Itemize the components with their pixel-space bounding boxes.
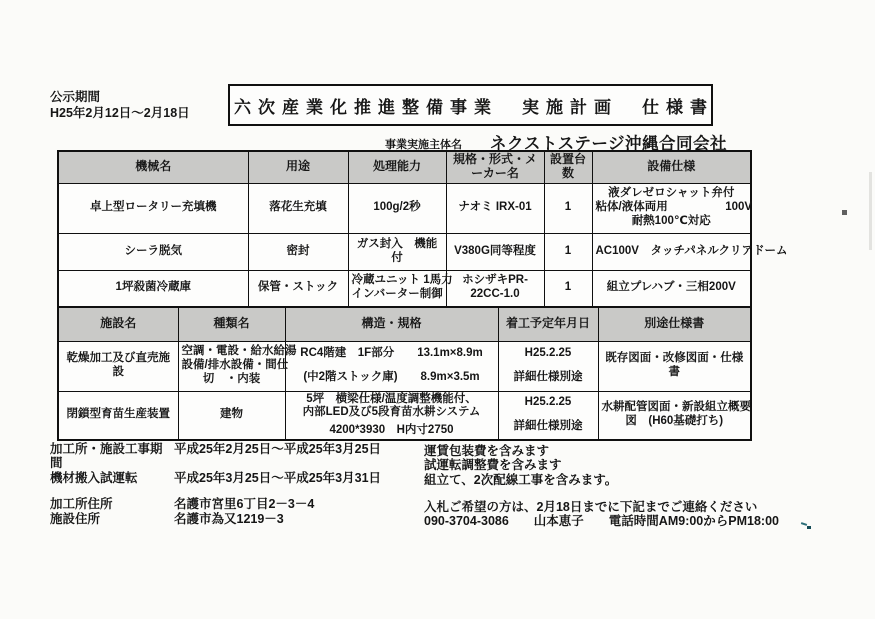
bid-contact-note: 入札ご希望の方は、2月18日までに下記までご連絡ください [424, 501, 779, 514]
start-date-cell: H25.2.25 詳細仕様別途 [498, 341, 598, 391]
table-row: 乾燥加工及び直売施設 空調・電設・給水給湯 設備/排水設備・間仕 切 ・内装 R… [58, 341, 751, 391]
separate-spec-cell: 既存図面・改修図面・仕様書 [598, 341, 751, 391]
equip-spec-line: 粘体/液体両用 100V [596, 201, 748, 215]
footer-row: 加工所住所 名護市宮里6丁目2－3－4 [50, 498, 381, 512]
separate-spec-cell: 水耕配管図面・新設組立概要 図 (H60基礎打ち) [598, 391, 751, 440]
capacity-line: インバーター制御 [352, 288, 443, 302]
column-header-facility-name: 施設名 [58, 307, 178, 341]
capacity-line: 冷蔵ユニット 1馬力 [352, 274, 443, 288]
column-header-start-date: 着工予定年月日 [498, 307, 598, 341]
facility-address-value: 名護市為又1219－3 [174, 513, 284, 527]
machines-table: 機械名 用途 処理能力 規格・形式・メーカー名 設置台数 設備仕様 卓上型ロータ… [57, 150, 752, 308]
cost-note: 組立て、2次配線工事を含みます。 [424, 474, 779, 487]
page-title: 六次産業化推進整備事業 実施計画 仕様書 [227, 93, 714, 118]
footer-row: 施設住所 名護市為又1219－3 [50, 513, 381, 527]
trial-run-label: 機材搬入試運転 [50, 472, 174, 486]
table-row: シーラ脱気 密封 ガス封入 機能付 V380G同等程度 1 AC100V タッチ… [58, 233, 751, 270]
factory-address-label: 加工所住所 [50, 498, 174, 512]
kind-line: 設備/排水設備・間仕 [182, 359, 282, 373]
contact-phone-line: 090-3704-3086 山本恵子 電話時間AM9:00からPM18:00 [424, 515, 779, 528]
equip-spec-line: 液ダレゼロシャット弁付 [596, 187, 748, 201]
use-cell: 落花生充填 [248, 183, 348, 233]
facilities-table: 施設名 種類名 構造・規格 着工予定年月日 別途仕様書 乾燥加工及び直売施設 空… [57, 306, 752, 441]
footer-row: 機材搬入試運転 平成25年3月25日～平成25年3月31日 [50, 472, 381, 486]
kind-line: 切 ・内装 [182, 373, 282, 387]
title-box: 六次産業化推進整備事業 実施計画 仕様書 [228, 84, 713, 126]
machine-name-cell: 卓上型ロータリー充填機 [58, 183, 248, 233]
equip-spec-line: 耐熱100℃対応 [596, 215, 748, 229]
table-row: 1坪殺菌冷蔵庫 保管・ストック 冷蔵ユニット 1馬力 インバーター制御 ホシザキ… [58, 270, 751, 307]
equip-spec-cell: 組立プレハブ・三相200V [592, 270, 751, 307]
separate-spec-line: 水耕配管図面・新設組立概要 [602, 401, 748, 415]
notice-period-value: H25年2月12日～2月18日 [50, 105, 190, 121]
facilities-header-row: 施設名 種類名 構造・規格 着工予定年月日 別途仕様書 [58, 307, 751, 341]
table-row: 卓上型ロータリー充填機 落花生充填 100g/2秒 ナオミ IRX-01 1 液… [58, 183, 751, 233]
spec-maker-cell: ナオミ IRX-01 [446, 183, 544, 233]
machines-header-row: 機械名 用途 処理能力 規格・形式・メーカー名 設置台数 設備仕様 [58, 151, 751, 183]
use-cell: 密封 [248, 233, 348, 270]
capacity-cell: 100g/2秒 [348, 183, 446, 233]
table-row: 閉鎖型育苗生産装置 建物 5坪 横梁仕様/温度調整機能付、 内部LED及び5段育… [58, 391, 751, 440]
structure-line: 5坪 横梁仕様/温度調整機能付、 [289, 393, 495, 407]
structure-line: (中2階ストック庫) 8.9m×3.5m [289, 371, 495, 385]
equip-spec-cell: 液ダレゼロシャット弁付 粘体/液体両用 100V 耐熱100℃対応 [592, 183, 751, 233]
kind-cell: 空調・電設・給水給湯 設備/排水設備・間仕 切 ・内装 [178, 341, 285, 391]
structure-cell: 5坪 横梁仕様/温度調整機能付、 内部LED及び5段育苗水耕システム 4200*… [285, 391, 498, 440]
column-header-structure: 構造・規格 [285, 307, 498, 341]
footer-right-block: 運賃包装費を含みます 試運転調整費を含みます 組立て、2次配線工事を含みます。 … [424, 445, 779, 528]
structure-line: 4200*3930 H内寸2750 [289, 424, 495, 438]
column-header-equip-spec: 設備仕様 [592, 151, 751, 183]
work-period-value: 平成25年2月25日～平成25年3月25日 [174, 443, 381, 471]
start-date-line: H25.2.25 [502, 396, 595, 410]
factory-address-value: 名護市宮里6丁目2－3－4 [174, 498, 314, 512]
column-header-kind: 種類名 [178, 307, 285, 341]
machine-name-cell: 1坪殺菌冷蔵庫 [58, 270, 248, 307]
spec-maker-cell: V380G同等程度 [446, 233, 544, 270]
kind-cell: 建物 [178, 391, 285, 440]
cost-note: 運賃包装費を含みます [424, 445, 779, 458]
units-cell: 1 [544, 233, 592, 270]
start-date-line: 詳細仕様別途 [502, 420, 595, 434]
column-header-units: 設置台数 [544, 151, 592, 183]
pen-check-mark [801, 522, 813, 530]
spec-maker-cell: ホシザキPR-22CC-1.0 [446, 270, 544, 307]
start-date-line: 詳細仕様別途 [502, 371, 595, 385]
units-cell: 1 [544, 270, 592, 307]
structure-line: 内部LED及び5段育苗水耕システム [289, 406, 495, 420]
scan-dot-artifact [842, 210, 847, 215]
column-header-use: 用途 [248, 151, 348, 183]
work-period-label: 加工所・施設工事期間 [50, 443, 174, 471]
column-header-spec-maker: 規格・形式・メーカー名 [446, 151, 544, 183]
structure-line: RC4階建 1F部分 13.1m×8.9m [289, 347, 495, 361]
notice-period: 公示期間 H25年2月12日～2月18日 [50, 89, 190, 122]
capacity-cell: 冷蔵ユニット 1馬力 インバーター制御 [348, 270, 446, 307]
footer-row: 加工所・施設工事期間 平成25年2月25日～平成25年3月25日 [50, 443, 381, 471]
trial-run-value: 平成25年3月25日～平成25年3月31日 [174, 472, 381, 486]
structure-cell: RC4階建 1F部分 13.1m×8.9m (中2階ストック庫) 8.9m×3.… [285, 341, 498, 391]
separate-spec-line: 図 (H60基礎打ち) [602, 415, 748, 429]
use-cell: 保管・ストック [248, 270, 348, 307]
start-date-cell: H25.2.25 詳細仕様別途 [498, 391, 598, 440]
facility-name-cell: 閉鎖型育苗生産装置 [58, 391, 178, 440]
cost-note: 試運転調整費を含みます [424, 459, 779, 472]
equip-spec-cell: AC100V タッチパネルクリアドーム [592, 233, 751, 270]
scanned-specification-document: 公示期間 H25年2月12日～2月18日 六次産業化推進整備事業 実施計画 仕様… [0, 0, 875, 619]
capacity-cell: ガス封入 機能付 [348, 233, 446, 270]
start-date-line: H25.2.25 [502, 347, 595, 361]
facility-address-label: 施設住所 [50, 513, 174, 527]
units-cell: 1 [544, 183, 592, 233]
column-header-separate-spec: 別途仕様書 [598, 307, 751, 341]
facility-name-cell: 乾燥加工及び直売施設 [58, 341, 178, 391]
scan-edge-artifact [869, 172, 872, 250]
kind-line: 空調・電設・給水給湯 [182, 345, 282, 359]
machine-name-cell: シーラ脱気 [58, 233, 248, 270]
column-header-machine-name: 機械名 [58, 151, 248, 183]
column-header-capacity: 処理能力 [348, 151, 446, 183]
notice-period-label: 公示期間 [50, 89, 190, 105]
footer-left-block: 加工所・施設工事期間 平成25年2月25日～平成25年3月25日 機材搬入試運転… [50, 443, 381, 528]
